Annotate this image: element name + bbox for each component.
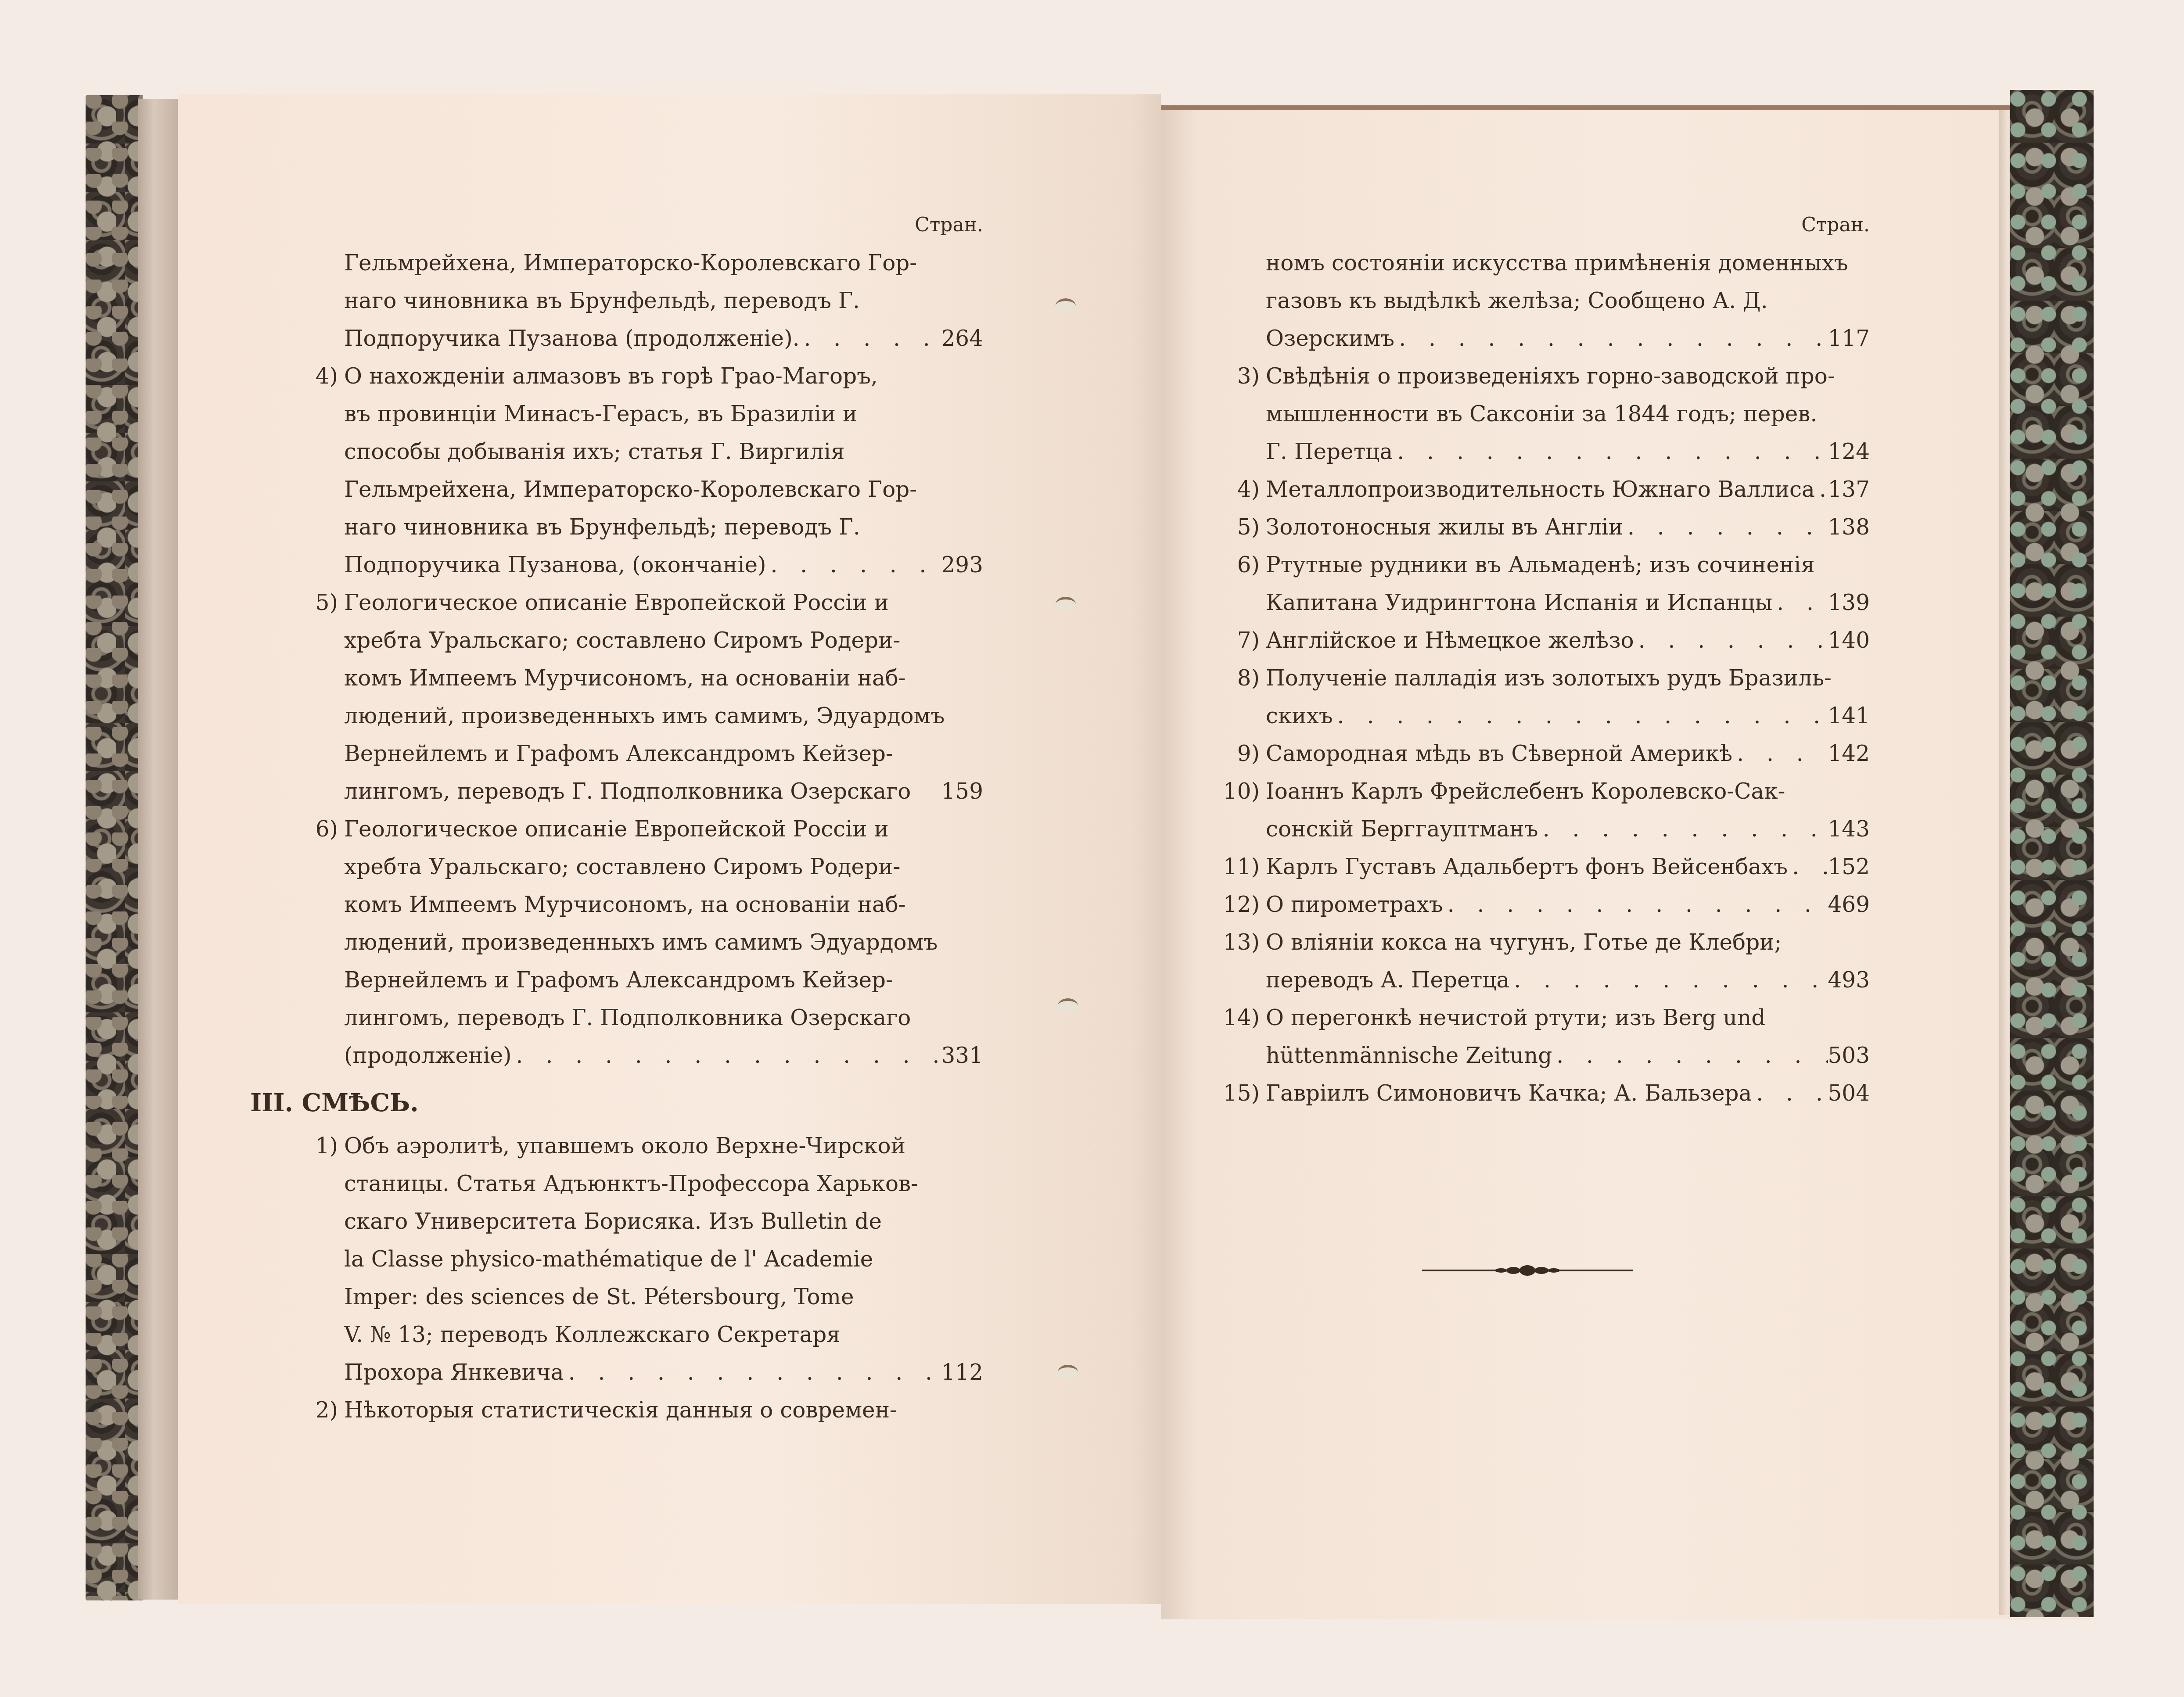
entry-text: Іоаннъ Карлъ Фрейслебенъ Королевско-Сак-: [1266, 772, 1785, 810]
toc-entry-line: комъ Импеемъ Мурчисономъ, на основаніи н…: [298, 659, 983, 697]
toc-entry-line: Imper: des sciences de St. Pétersbourg, …: [298, 1278, 983, 1316]
entry-number: 14): [1211, 999, 1266, 1037]
leader-dots: . . . . . . . . . . . . . . . . . . . . …: [1538, 810, 1828, 848]
entry-text: Г. Перетца: [1266, 433, 1393, 470]
toc-entry-line: 4)Металлопроизводительность Южнаго Валли…: [1211, 470, 1870, 508]
page-number: 140: [1828, 621, 1870, 659]
leader-dots: . . . . . . . . . . . . . . . . . . . . …: [1333, 697, 1828, 735]
toc-entry-line: 6)Геологическое описаніе Европейской Рос…: [298, 810, 983, 848]
entry-text: Свѣдѣнія о произведеніяхъ горно-заводско…: [1266, 357, 1835, 395]
entry-text: газовъ къ выдѣлкѣ желѣза; Сообщено А. Д.: [1266, 282, 1768, 319]
toc-entry-line: 4)О нахожденіи алмазовъ въ горѣ Грао-Маг…: [298, 357, 983, 395]
page-number: 142: [1828, 735, 1870, 772]
page-number: 137: [1828, 470, 1870, 508]
section-title: III. СМѢСЬ.: [250, 1074, 983, 1127]
entry-text: Гавріилъ Симоновичъ Качка; А. Бальзера: [1266, 1074, 1752, 1112]
entry-number: 2): [298, 1391, 344, 1429]
page-number: 152: [1828, 848, 1870, 886]
entry-text: О пирометрахъ: [1266, 886, 1443, 923]
toc-entry-line: 5)Золотоносныя жилы въ Англіи. . . . . .…: [1211, 508, 1870, 546]
entry-text: Гельмрейхена, Императорско-Королевскаго …: [344, 244, 917, 282]
toc-entry-line: хребта Уральскаго; составлено Сиромъ Род…: [298, 848, 983, 886]
entry-number: 13): [1211, 923, 1266, 961]
page-number: 138: [1828, 508, 1870, 546]
toc-entry-line: скихъ. . . . . . . . . . . . . . . . . .…: [1211, 697, 1870, 735]
page-column-header: Стран.: [1211, 206, 1870, 244]
toc-entry-line: Вернейлемъ и Графомъ Александромъ Кейзер…: [298, 735, 983, 772]
entry-text: Нѣкоторыя статистическія данныя о соврем…: [344, 1391, 897, 1429]
entry-text: Ртутные рудники въ Альмаденѣ; изъ сочине…: [1266, 546, 1815, 584]
entry-text: О перегонкѣ нечистой ртути; изъ Berg und: [1266, 999, 1765, 1037]
toc-entry-line: 5)Геологическое описаніе Европейской Рос…: [298, 584, 983, 621]
binding-hole: [1058, 998, 1078, 1013]
leader-dots: . . . . . . . . . . . . . . . . . . . . …: [1772, 584, 1828, 621]
entry-text: мышленности въ Саксоніи за 1844 годъ; пе…: [1266, 395, 1817, 433]
toc-entry-line: 7)Англійское и Нѣмецкое желѣзо. . . . . …: [1211, 621, 1870, 659]
leader-dots: . . . . . . . . . . . . . . . . . . . . …: [564, 1353, 941, 1391]
toc-entry-line: комъ Импеемъ Мурчисономъ, на основаніи н…: [298, 886, 983, 923]
leader-dots: . . . . . . . . . . . . . . . . . . . . …: [1788, 848, 1828, 886]
entry-number: 6): [1211, 546, 1266, 584]
toc-entry-line: (продолженіе). . . . . . . . . . . . . .…: [298, 1037, 983, 1074]
entry-text: hüttenmännische Zeitung: [1266, 1037, 1552, 1074]
toc-entry-line: людений, произведенныхъ имъ самимъ Эдуар…: [298, 923, 983, 961]
toc-entry-line: въ провинціи Минасъ-Герасъ, въ Бразиліи …: [298, 395, 983, 433]
entry-number: 8): [1211, 659, 1266, 697]
entry-text: хребта Уральскаго; составлено Сиромъ Род…: [344, 848, 900, 886]
toc-entry-line: 6)Ртутные рудники въ Альмаденѣ; изъ сочи…: [1211, 546, 1870, 584]
toc-entry-line: номъ состояніи искусства примѣненія доме…: [1211, 244, 1870, 282]
page-number: 504: [1828, 1074, 1870, 1112]
toc-entry-line: лингомъ, переводъ Г. Подполковника Озерс…: [298, 772, 983, 810]
toc-entry-line: 9)Самородная мѣдь въ Сѣверной Америкѣ. .…: [1211, 735, 1870, 772]
page-number: 503: [1828, 1037, 1870, 1074]
leader-dots: . . . . . . . . . . . . . . . . . . . . …: [1443, 886, 1828, 923]
entry-text: V. № 13; переводъ Коллежскаго Секретаря: [344, 1316, 841, 1353]
toc-entry-line: лингомъ, переводъ Г. Подполковника Озерс…: [298, 999, 983, 1037]
toc-entry-line: газовъ къ выдѣлкѣ желѣза; Сообщено А. Д.: [1211, 282, 1870, 319]
entry-text: наго чиновника въ Брунфельдѣ; переводъ Г…: [344, 508, 860, 546]
entry-text: станицы. Статья Адъюнктъ-Профессора Харь…: [344, 1165, 918, 1202]
entry-text: сонскій Берггауптманъ: [1266, 810, 1538, 848]
toc-entry-line: скаго Университета Борисяка. Изъ Bulleti…: [298, 1202, 983, 1240]
leader-dots: . . . . . . . . . . . . . . . . . . . . …: [1394, 319, 1828, 357]
toc-entry-line: 14)О перегонкѣ нечистой ртути; изъ Berg …: [1211, 999, 1870, 1037]
page-number: 159: [941, 772, 983, 810]
toc-entry-line: Капитана Уидрингтона Испанія и Испанцы. …: [1211, 584, 1870, 621]
entry-text: Полученіе палладія изъ золотыхъ рудъ Бра…: [1266, 659, 1832, 697]
entry-text: Вернейлемъ и Графомъ Александромъ Кейзер…: [344, 735, 893, 772]
entry-number: 9): [1211, 735, 1266, 772]
leader-dots: . . . . . . . . . . . . . . . . . . . . …: [1732, 735, 1828, 772]
leader-dots: . . . . . . . . . . . . . . . . . . . . …: [1552, 1037, 1828, 1074]
page-column-header: Стран.: [298, 206, 983, 244]
toc-entry-line: 12)О пирометрахъ. . . . . . . . . . . . …: [1211, 886, 1870, 923]
entry-number: 6): [298, 810, 344, 848]
entry-text: Вернейлемъ и Графомъ Александромъ Кейзер…: [344, 961, 893, 999]
page-number: 493: [1828, 961, 1870, 999]
entry-text: О вліяніи кокса на чугунъ, Готье де Клеб…: [1266, 923, 1782, 961]
toc-entry-line: Подпоручика Пузанова, (окончаніе). . . .…: [298, 546, 983, 584]
entry-text: комъ Импеемъ Мурчисономъ, на основаніи н…: [344, 886, 906, 923]
binding-hole: [1058, 1365, 1078, 1380]
right-cover-marbled: [2010, 90, 2094, 1617]
toc-entry-line: Г. Перетца. . . . . . . . . . . . . . . …: [1211, 433, 1870, 470]
entry-text: комъ Импеемъ Мурчисономъ, на основаніи н…: [344, 659, 906, 697]
entry-text: Геологическое описаніе Европейской Россі…: [344, 810, 889, 848]
leader-dots: . . . . . . . . . . . . . . . . . . . . …: [800, 319, 941, 357]
entry-text: скаго Университета Борисяка. Изъ Bulleti…: [344, 1202, 882, 1240]
toc-entry-line: V. № 13; переводъ Коллежскаго Секретаря: [298, 1316, 983, 1353]
entry-text: номъ состояніи искусства примѣненія доме…: [1266, 244, 1848, 282]
toc-entry-line: наго чиновника въ Брунфельдѣ, переводъ Г…: [298, 282, 983, 319]
entry-text: Англійское и Нѣмецкое желѣзо: [1266, 621, 1634, 659]
toc-entry-line: хребта Уральскаго; составлено Сиромъ Род…: [298, 621, 983, 659]
leader-dots: . . . . . . . . . . . . . . . . . . . . …: [1634, 621, 1828, 659]
entry-text: переводъ А. Перетца: [1266, 961, 1509, 999]
entry-text: людений, произведенныхъ имъ самимъ Эдуар…: [344, 923, 938, 961]
leader-dots: . . . . . . . . . . . . . . . . . . . . …: [766, 546, 941, 584]
page-number: 264: [941, 319, 983, 357]
entry-text: способы добыванія ихъ; статья Г. Виргилі…: [344, 433, 844, 470]
entry-text: хребта Уральскаго; составлено Сиромъ Род…: [344, 621, 900, 659]
toc-entry-line: наго чиновника въ Брунфельдѣ; переводъ Г…: [298, 508, 983, 546]
binding-hole: [1056, 597, 1076, 612]
entry-number: 15): [1211, 1074, 1266, 1112]
leader-dots: . . . . . . . . . . . . . . . . . . . . …: [1393, 433, 1828, 470]
toc-entry-line: Гельмрейхена, Императорско-Королевскаго …: [298, 244, 983, 282]
toc-entry-line: Прохора Янкевича. . . . . . . . . . . . …: [298, 1353, 983, 1391]
entry-text: Прохора Янкевича: [344, 1353, 564, 1391]
entry-text: Гельмрейхена, Императорско-Королевскаго …: [344, 470, 917, 508]
entry-number: 5): [1211, 508, 1266, 546]
toc-entry-line: 2)Нѣкоторыя статистическія данныя о совр…: [298, 1391, 983, 1429]
page-number: 331: [941, 1037, 983, 1074]
toc-entry-line: 10)Іоаннъ Карлъ Фрейслебенъ Королевско-С…: [1211, 772, 1870, 810]
entry-text: людений, произведенныхъ имъ самимъ, Эдуа…: [344, 697, 945, 735]
entry-text: лингомъ, переводъ Г. Подполковника Озерс…: [344, 999, 911, 1037]
toc-entry-line: 1)Объ аэролитѣ, упавшемъ около Верхне-Чи…: [298, 1127, 983, 1165]
left-cover-marbled: [86, 95, 143, 1600]
toc-entry-line: Гельмрейхена, Императорско-Королевскаго …: [298, 470, 983, 508]
entry-text: Геологическое описаніе Европейской Россі…: [344, 584, 889, 621]
entry-number: 4): [1211, 470, 1266, 508]
toc-entry-line: 15)Гавріилъ Симоновичъ Качка; А. Бальзер…: [1211, 1074, 1870, 1112]
entry-text: Золотоносныя жилы въ Англіи: [1266, 508, 1623, 546]
leader-dots: . . . . . . . . . . . . . . . . . . . . …: [512, 1037, 941, 1074]
toc-entry-line: людений, произведенныхъ имъ самимъ, Эдуа…: [298, 697, 983, 735]
entry-text: la Classe physico-mathématique de l' Aca…: [344, 1240, 873, 1278]
toc-entry-line: мышленности въ Саксоніи за 1844 годъ; пе…: [1211, 395, 1870, 433]
left-page-toc: Стран. Гельмрейхена, Императорско-Короле…: [298, 206, 983, 1429]
page-number: 139: [1828, 584, 1870, 621]
entry-text: Подпоручика Пузанова, (окончаніе): [344, 546, 766, 584]
leader-dots: . . . . . . . . . . . . . . . . . . . . …: [1815, 470, 1828, 508]
entry-number: 11): [1211, 848, 1266, 886]
entry-number: 1): [298, 1127, 344, 1165]
page-number: 124: [1828, 433, 1870, 470]
entry-text: Объ аэролитѣ, упавшемъ около Верхне-Чирс…: [344, 1127, 905, 1165]
toc-entry-line: hüttenmännische Zeitung. . . . . . . . .…: [1211, 1037, 1870, 1074]
entry-number: 5): [298, 584, 344, 621]
toc-entry-line: сонскій Берггауптманъ. . . . . . . . . .…: [1211, 810, 1870, 848]
toc-entry-line: Озерскимъ. . . . . . . . . . . . . . . .…: [1211, 319, 1870, 357]
leader-dots: . . . . . . . . . . . . . . . . . . . . …: [1509, 961, 1828, 999]
entry-text: наго чиновника въ Брунфельдѣ, переводъ Г…: [344, 282, 860, 319]
left-page-edges: [138, 99, 178, 1600]
binding-hole: [1056, 298, 1076, 313]
entry-text: лингомъ, переводъ Г. Подполковника Озерс…: [344, 772, 911, 810]
page-number: 117: [1828, 319, 1870, 357]
entry-text: Озерскимъ: [1266, 319, 1394, 357]
entry-number: 10): [1211, 772, 1266, 810]
entry-text: скихъ: [1266, 697, 1333, 735]
toc-entry-line: станицы. Статья Адъюнктъ-Профессора Харь…: [298, 1165, 983, 1202]
page-number: 112: [941, 1353, 983, 1391]
toc-entry-line: способы добыванія ихъ; статья Г. Виргилі…: [298, 433, 983, 470]
entry-text: Подпоручика Пузанова (продолженіе).: [344, 319, 800, 357]
page-number: 143: [1828, 810, 1870, 848]
toc-entry-line: Вернейлемъ и Графомъ Александромъ Кейзер…: [298, 961, 983, 999]
page-number: 293: [941, 546, 983, 584]
entry-text: Металлопроизводительность Южнаго Валлиса: [1266, 470, 1815, 508]
entry-number: 4): [298, 357, 344, 395]
entry-number: 3): [1211, 357, 1266, 395]
leader-dots: . . . . . . . . . . . . . . . . . . . . …: [1623, 508, 1828, 546]
entry-text: Самородная мѣдь въ Сѣверной Америкѣ: [1266, 735, 1732, 772]
toc-entry-line: 13)О вліяніи кокса на чугунъ, Готье де К…: [1211, 923, 1870, 961]
toc-entry-line: 11)Карлъ Густавъ Адальбертъ фонъ Вейсенб…: [1211, 848, 1870, 886]
entry-number: 7): [1211, 621, 1266, 659]
toc-entry-line: la Classe physico-mathématique de l' Aca…: [298, 1240, 983, 1278]
entry-text: Imper: des sciences de St. Pétersbourg, …: [344, 1278, 854, 1316]
entry-text: Карлъ Густавъ Адальбертъ фонъ Вейсенбахъ: [1266, 848, 1788, 886]
page-number: 469: [1828, 886, 1870, 923]
entry-text: въ провинціи Минасъ-Герасъ, въ Бразиліи …: [344, 395, 857, 433]
entry-text: (продолженіе): [344, 1037, 512, 1074]
toc-entry-line: 8)Полученіе палладія изъ золотыхъ рудъ Б…: [1211, 659, 1870, 697]
right-page-toc: Стран. номъ состояніи искусства примѣнен…: [1211, 206, 1887, 1112]
entry-text: Капитана Уидрингтона Испанія и Испанцы: [1266, 584, 1772, 621]
entry-text: О нахожденіи алмазовъ въ горѣ Грао-Магор…: [344, 357, 878, 395]
toc-entry-line: Подпоручика Пузанова (продолженіе).. . .…: [298, 319, 983, 357]
tailpiece-ornament-icon: [1422, 1264, 1633, 1277]
toc-entry-line: переводъ А. Перетца. . . . . . . . . . .…: [1211, 961, 1870, 999]
page-number: 141: [1828, 697, 1870, 735]
leader-dots: . . . . . . . . . . . . . . . . . . . . …: [1752, 1074, 1828, 1112]
entry-number: 12): [1211, 886, 1266, 923]
toc-entry-line: 3)Свѣдѣнія о произведеніяхъ горно-заводс…: [1211, 357, 1870, 395]
